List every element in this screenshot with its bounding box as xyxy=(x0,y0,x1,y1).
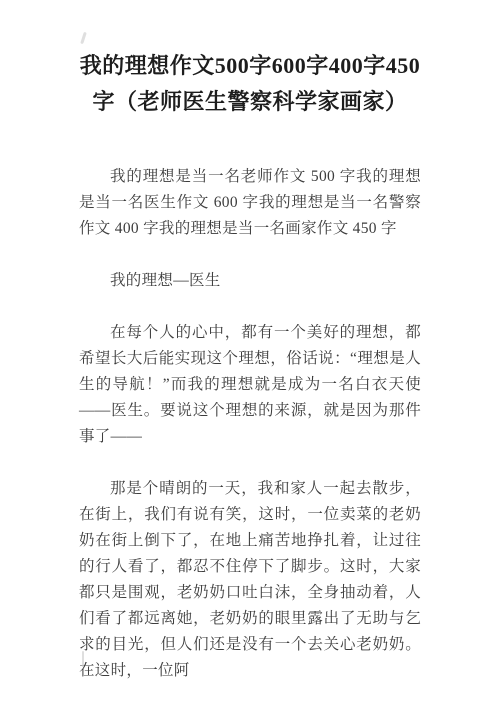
paragraph-story: 那是个晴朗的一天，我和家人一起去散步，在街上，我们有说有笑，这时，一位卖菜的老奶… xyxy=(79,476,421,684)
section-heading: 我的理想—医生 xyxy=(79,268,421,294)
document-page: 我的理想作文500字600字400字450 字（老师医生警察科学家画家） 我的理… xyxy=(0,0,500,707)
title-line-1: 我的理想作文500字600字400字450 xyxy=(79,48,421,84)
scan-artifact-top xyxy=(80,32,87,44)
document-title: 我的理想作文500字600字400字450 字（老师医生警察科学家画家） xyxy=(79,48,421,120)
title-line-2: 字（老师医生警察科学家画家） xyxy=(79,84,421,120)
scan-artifact-bottom xyxy=(82,651,84,667)
paragraph-ideal-origin: 在每个人的心中，都有一个美好的理想，都希望长大后能实现这个理想，俗话说：“理想是… xyxy=(79,320,421,450)
paragraph-intro: 我的理想是当一名老师作文 500 字我的理想是当一名医生作文 600 字我的理想… xyxy=(79,164,421,242)
